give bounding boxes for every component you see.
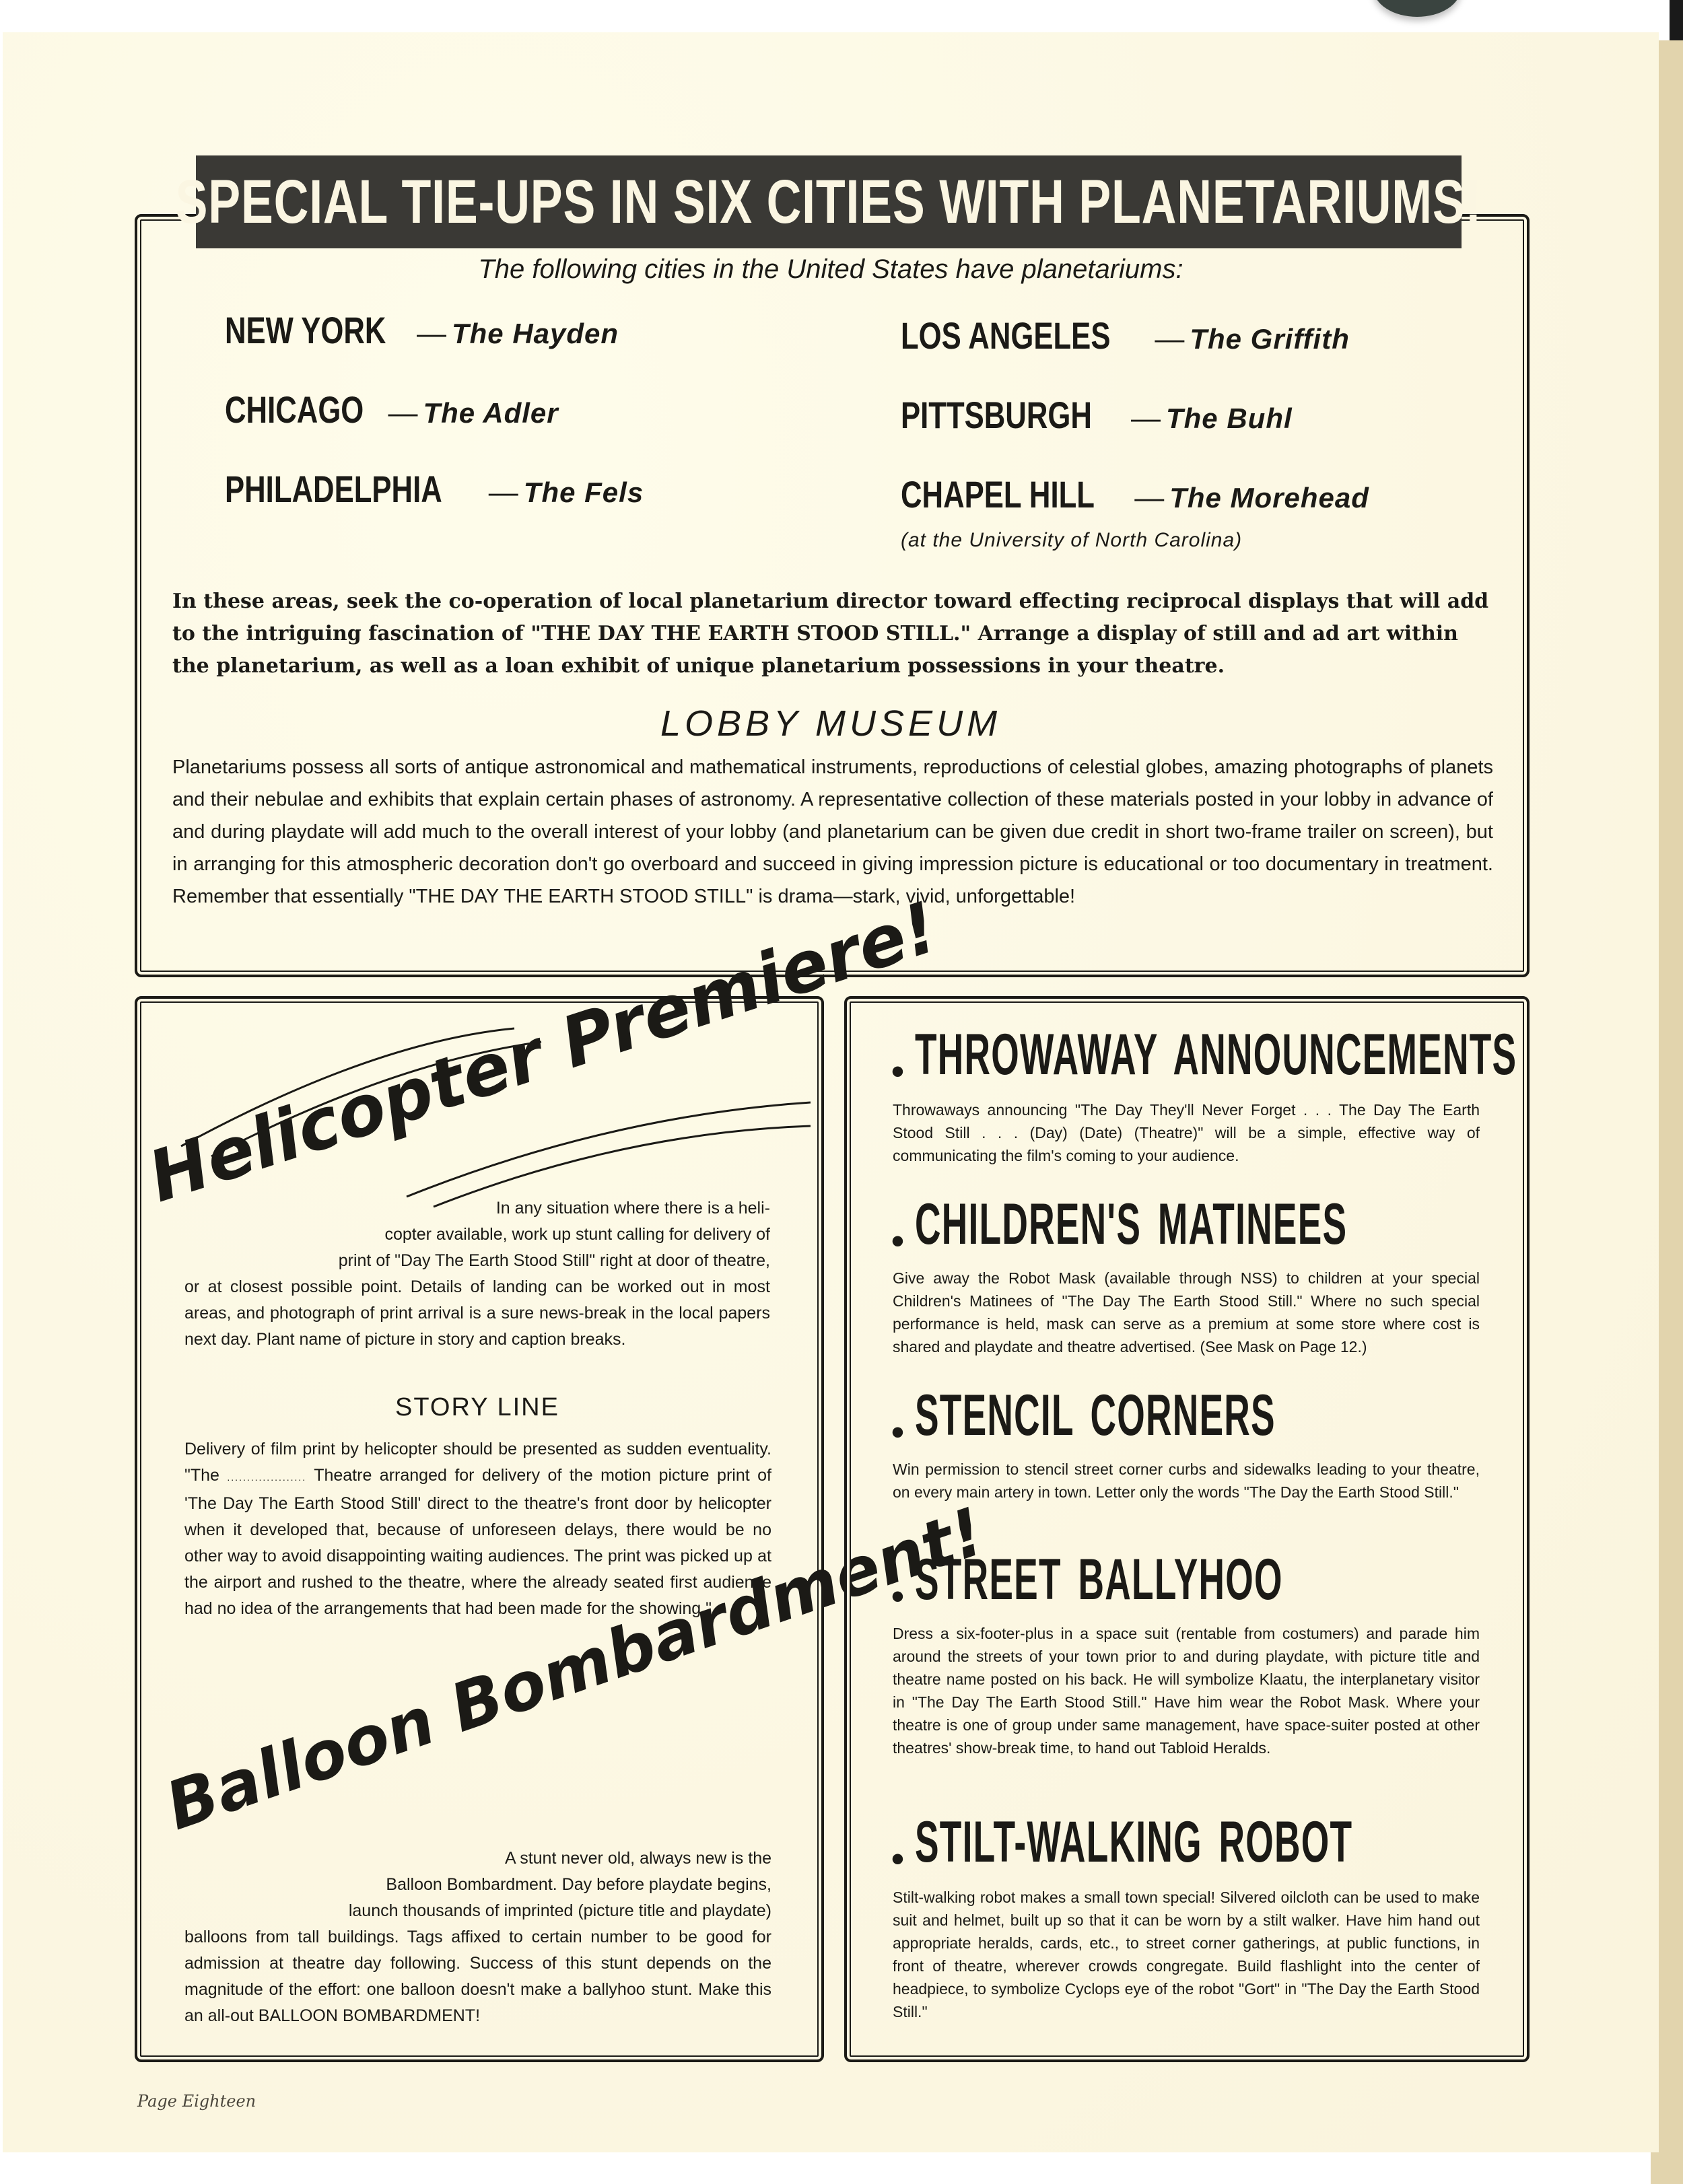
bullet-icon: • — [891, 1839, 904, 1879]
helicopter-premiere-body: In any situation where there is a heli- … — [184, 1195, 770, 1353]
cooperation-paragraph: In these areas, seek the co-operation of… — [172, 586, 1492, 682]
background-corner — [1670, 0, 1683, 43]
photo-disc-object — [1373, 0, 1461, 17]
tip-body: Win permission to stencil street corner … — [893, 1458, 1480, 1504]
tip-heading: •THROWAWAY ANNOUNCEMENTS — [891, 1022, 1683, 1092]
city-name: PITTSBURGH — [901, 393, 1092, 437]
balloon-bombardment-body: A stunt never old, always new is the Bal… — [184, 1845, 771, 2029]
planetarium-name: The Hayden — [452, 318, 619, 349]
bullet-icon: • — [891, 1576, 904, 1617]
city-entry: CHAPEL HILL—The Morehead — [901, 472, 1369, 516]
city-entry: PHILADELPHIA—The Fels — [225, 467, 644, 511]
city-name: NEW YORK — [225, 308, 386, 352]
planetarium-name: The Fels — [524, 477, 644, 508]
planetarium-name: The Buhl — [1166, 402, 1293, 434]
city-name: CHAPEL HILL — [901, 472, 1095, 516]
city-entry: NEW YORK—The Hayden — [225, 308, 619, 352]
tip-body: Throwaways announcing "The Day They'll N… — [893, 1098, 1480, 1167]
planetarium-name: The Griffith — [1190, 323, 1350, 355]
tip-heading: •STENCIL CORNERS — [891, 1382, 1497, 1453]
theatre-name-blank: .................... — [227, 1472, 306, 1483]
planetarium-name: The Adler — [423, 397, 558, 429]
chapel-hill-note: (at the University of North Carolina) — [901, 529, 1242, 552]
tip-heading: •STREET BALLYHOO — [891, 1547, 1509, 1617]
city-entry: CHICAGO—The Adler — [225, 388, 559, 431]
bullet-icon: • — [891, 1221, 904, 1261]
intro-text: The following cities in the United State… — [3, 254, 1659, 285]
lobby-museum-title: LOBBY MUSEUM — [3, 703, 1659, 744]
headline-text: SPECIAL TIE-UPS IN SIX CITIES WITH PLANE… — [176, 167, 1482, 238]
lobby-museum-body: Planetariums possess all sorts of antiqu… — [172, 751, 1493, 913]
planetarium-name: The Morehead — [1169, 482, 1369, 514]
city-name: CHICAGO — [225, 388, 364, 431]
bullet-icon: • — [891, 1051, 904, 1092]
city-name: LOS ANGELES — [901, 314, 1110, 357]
city-entry: LOS ANGELES—The Griffith — [901, 314, 1350, 357]
tip-body: Give away the Robot Mask (available thro… — [893, 1267, 1480, 1358]
headline-banner: SPECIAL TIE-UPS IN SIX CITIES WITH PLANE… — [196, 155, 1462, 248]
bullet-icon: • — [891, 1412, 904, 1452]
tip-body: Dress a six-footer-plus in a space suit … — [893, 1622, 1480, 1759]
city-name: PHILADELPHIA — [225, 467, 442, 511]
tip-body: Stilt-walking robot makes a small town s… — [893, 1886, 1480, 2023]
tip-heading: •CHILDREN'S MATINEES — [891, 1191, 1612, 1262]
pressbook-page: SPECIAL TIE-UPS IN SIX CITIES WITH PLANE… — [3, 32, 1659, 2152]
city-entry: PITTSBURGH—The Buhl — [901, 393, 1293, 437]
story-line-title: STORY LINE — [137, 1393, 817, 1422]
tip-heading: •STILT-WALKING ROBOT — [891, 1809, 1621, 1880]
page-number: Page Eighteen — [137, 2092, 256, 2111]
